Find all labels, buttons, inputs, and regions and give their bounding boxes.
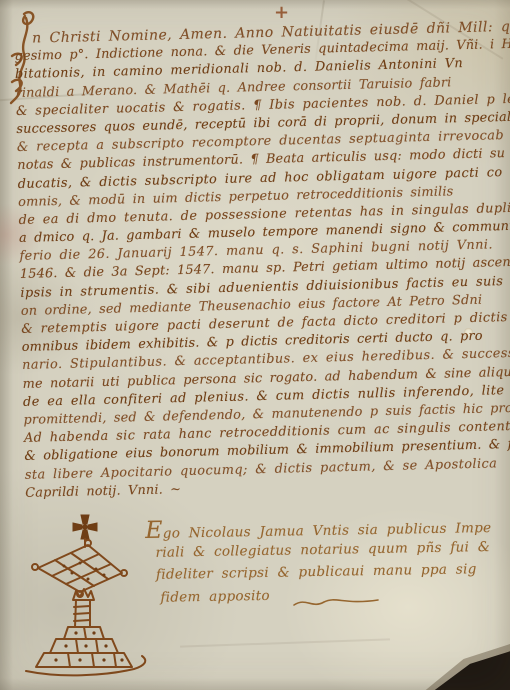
- registration-cross-icon: +: [274, 2, 289, 23]
- body-text: n Christi Nomine, Amen. Anno Natiuitatis…: [14, 15, 510, 502]
- notary-sign-icon: [20, 503, 165, 683]
- parchment-page: + n Christi Nomine, Amen. Anno Natiuitat…: [0, 0, 510, 690]
- parchment-crease: [180, 638, 390, 647]
- pen-flourish-icon: [292, 592, 382, 612]
